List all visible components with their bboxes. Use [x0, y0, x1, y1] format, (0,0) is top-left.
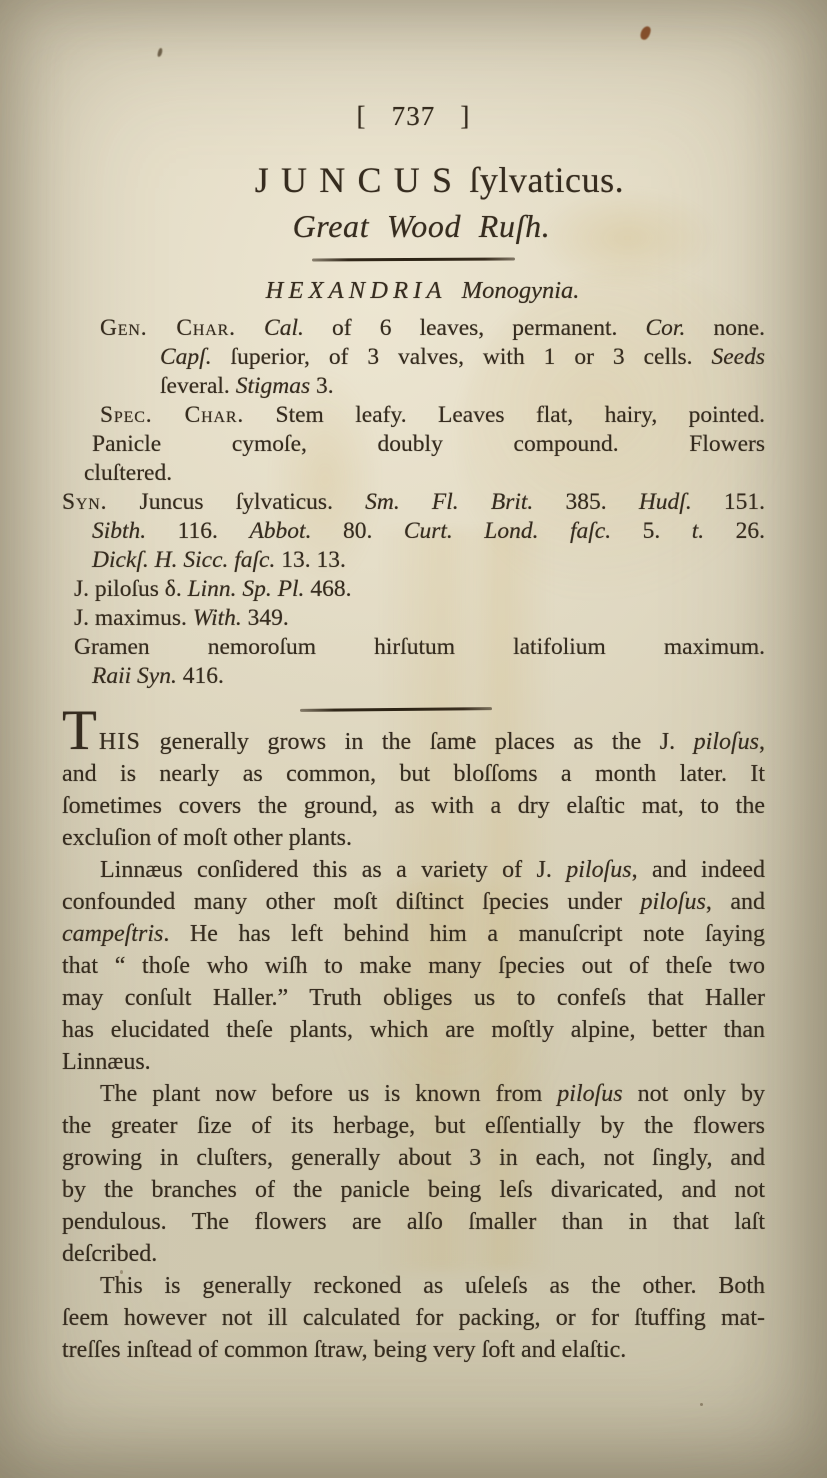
- text-segment: 5.: [611, 518, 692, 544]
- synopsis-entry: Gen. Char. Cal. of 6 leaves, permanent. …: [62, 314, 765, 401]
- folio-bracket: [: [357, 101, 367, 131]
- body-paragraph: Linnæus conſidered this as a variety of …: [62, 854, 765, 1078]
- species-title: JUNCUSſylvaticus.: [88, 159, 791, 201]
- italic-text: Sm. Fl. Brit.: [365, 489, 533, 515]
- italic-text: Hudſ.: [639, 489, 692, 515]
- italic-text: piloſus: [694, 729, 759, 755]
- synopsis-entry: Gramen nemoroſum hirſutum latifolium max…: [62, 633, 765, 691]
- text-segment: that “ thoſe who wiſh to make many ſpeci…: [62, 953, 765, 979]
- italic-text: Linn. Sp. Pl.: [188, 576, 305, 602]
- text-segment: 26.: [704, 518, 765, 544]
- text-segment: cluſtered.: [84, 460, 172, 486]
- body-paragraph: This is generally reckoned as uſeleſs as…: [62, 1270, 765, 1366]
- text-line: excluſion of moſt other plants.: [62, 822, 765, 854]
- text-line: pendulous. The flowers are alſo ſmaller …: [62, 1206, 765, 1238]
- text-segment: 151.: [692, 489, 765, 515]
- text-segment: the greater ſize of its herbage, but eſſ…: [62, 1113, 765, 1139]
- text-line: confounded many other moſt diſtinct ſpec…: [62, 886, 765, 918]
- text-segment: Gramen nemoroſum hirſutum latifolium max…: [74, 634, 765, 660]
- synopsis-entry: J. piloſus δ. Linn. Sp. Pl. 468.: [62, 575, 765, 604]
- text-segment: may conſult Haller.” Truth obliges us to…: [62, 985, 765, 1011]
- text-segment: , and indeed: [632, 857, 765, 883]
- text-segment: 116.: [146, 518, 249, 544]
- text-line: Raii Syn. 416.: [92, 662, 765, 691]
- italic-text: piloſus: [566, 857, 631, 883]
- text-line: Spec. Char. Stem leafy. Leaves flat, hai…: [100, 401, 765, 430]
- text-segment: confounded many other moſt diſtinct ſpec…: [62, 889, 641, 915]
- page-number: [737]: [62, 101, 765, 132]
- text-segment: deſcribed.: [62, 1241, 157, 1267]
- ink-speck: [700, 1403, 703, 1406]
- text-line: Panicle cymoſe, doubly compound. Flowers: [92, 430, 765, 459]
- caps-text: HIS: [99, 729, 141, 755]
- synopsis-block: Gen. Char. Cal. of 6 leaves, permanent. …: [62, 314, 765, 691]
- text-segment: none.: [685, 315, 765, 341]
- text-segment: 13. 13.: [275, 547, 346, 573]
- linnaean-class: HEXANDRIA: [266, 277, 447, 304]
- text-line: by the branches of the panicle being leſ…: [62, 1174, 765, 1206]
- text-line: campeſtris. He has left behind him a man…: [62, 918, 765, 950]
- text-line: Gen. Char. Cal. of 6 leaves, permanent. …: [100, 314, 765, 343]
- italic-text: Curt. Lond. faſc.: [404, 518, 611, 544]
- text-line: ſometimes covers the ground, as with a d…: [62, 790, 765, 822]
- text-segment: [236, 315, 264, 341]
- italic-text: t.: [692, 518, 704, 544]
- initial-capital: T: [62, 699, 97, 762]
- folio-number: 737: [392, 101, 436, 131]
- text-line: Linnæus conſidered this as a variety of …: [62, 854, 765, 886]
- text-block: [737] JUNCUSſylvaticus. Great Wood Ruſh.…: [62, 0, 765, 1366]
- text-segment: ſometimes covers the ground, as with a d…: [62, 793, 765, 819]
- text-segment: This is generally reckoned as uſeleſs as…: [100, 1273, 765, 1299]
- text-line: J. piloſus δ. Linn. Sp. Pl. 468.: [74, 575, 765, 604]
- italic-text: Cal.: [264, 315, 304, 341]
- synopsis-entry: Syn. Juncus ſylvaticus. Sm. Fl. Brit. 38…: [62, 488, 765, 575]
- text-line: The plant now before us is known from pi…: [62, 1078, 765, 1110]
- text-segment: . He has left behind him a manuſcript no…: [163, 921, 765, 947]
- text-segment: not only by: [623, 1081, 765, 1107]
- text-segment: and is nearly as common, but bloſſoms a …: [62, 761, 765, 787]
- text-line: Linnæus.: [62, 1046, 765, 1078]
- text-line: the greater ſize of its herbage, but eſſ…: [62, 1110, 765, 1142]
- text-segment: J. maximus.: [74, 605, 193, 631]
- text-line: growing in cluſters, generally about 3 i…: [62, 1142, 765, 1174]
- small-caps-text: Gen. Char.: [100, 315, 236, 341]
- common-name: Great Wood Ruſh.: [70, 208, 773, 245]
- text-line: may conſult Haller.” Truth obliges us to…: [62, 982, 765, 1014]
- text-line: J. maximus. With. 349.: [74, 604, 765, 633]
- text-line: ſeem however not ill calculated for pack…: [62, 1302, 765, 1334]
- text-segment: growing in cluſters, generally about 3 i…: [62, 1145, 765, 1171]
- text-line: Gramen nemoroſum hirſutum latifolium max…: [74, 633, 765, 662]
- text-segment: Juncus ſylvaticus.: [107, 489, 365, 515]
- text-segment: ſeveral.: [160, 373, 236, 399]
- description-block: THIS generally grows in the ſame places …: [62, 726, 765, 1366]
- text-segment: 80.: [311, 518, 403, 544]
- italic-text: piloſus: [557, 1081, 622, 1107]
- text-segment: Stem leafy. Leaves flat, hairy, pointed.: [244, 402, 765, 428]
- body-paragraph: The plant now before us is known from pi…: [62, 1078, 765, 1270]
- linnaean-order: Monogynia.: [462, 277, 580, 304]
- text-line: Sibth. 116. Abbot. 80. Curt. Lond. faſc.…: [92, 517, 765, 546]
- text-line: cluſtered.: [84, 459, 765, 488]
- text-segment: excluſion of moſt other plants.: [62, 825, 352, 851]
- text-segment: has elucidated theſe plants, which are m…: [62, 1017, 765, 1043]
- text-segment: J. piloſus δ.: [74, 576, 188, 602]
- text-line: treſſes inſtead of common ſtraw, being v…: [62, 1334, 765, 1366]
- text-line: Dickſ. H. Sicc. faſc. 13. 13.: [92, 546, 765, 575]
- text-segment: by the branches of the panicle being leſ…: [62, 1177, 765, 1203]
- text-line: deſcribed.: [62, 1238, 765, 1270]
- small-caps-text: Spec. Char.: [100, 402, 244, 428]
- text-line: Syn. Juncus ſylvaticus. Sm. Fl. Brit. 38…: [62, 488, 765, 517]
- italic-text: Raii Syn.: [92, 663, 177, 689]
- text-segment: 468.: [304, 576, 351, 602]
- italic-text: Cor.: [645, 315, 685, 341]
- classification-line: HEXANDRIAMonogynia.: [71, 277, 774, 305]
- body-paragraph: THIS generally grows in the ſame places …: [62, 726, 765, 854]
- text-segment: Panicle cymoſe, doubly compound. Flowers: [92, 431, 765, 457]
- book-page: [737] JUNCUSſylvaticus. Great Wood Ruſh.…: [0, 0, 827, 1478]
- divider-rule: [300, 707, 492, 712]
- italic-text: piloſus: [641, 889, 706, 915]
- text-segment: ,: [759, 729, 765, 755]
- text-segment: Linnæus conſidered this as a variety of …: [100, 857, 566, 883]
- text-segment: ſeem however not ill calculated for pack…: [62, 1305, 765, 1331]
- italic-text: Abbot.: [249, 518, 311, 544]
- text-segment: of 6 leaves, permanent.: [304, 315, 646, 341]
- genus-name: JUNCUS: [255, 160, 464, 200]
- text-line: has elucidated theſe plants, which are m…: [62, 1014, 765, 1046]
- italic-text: Seeds: [711, 344, 765, 370]
- folio-bracket: ]: [460, 101, 470, 131]
- text-line: THIS generally grows in the ſame places …: [62, 726, 765, 758]
- synopsis-entry: J. maximus. With. 349.: [62, 604, 765, 633]
- italic-text: Sibth.: [92, 518, 146, 544]
- italic-text: Capſ.: [160, 344, 212, 370]
- italic-text: Stigmas: [236, 373, 310, 399]
- text-segment: The plant now before us is known from: [100, 1081, 557, 1107]
- text-segment: generally grows in the ſame places as th…: [141, 729, 694, 755]
- italic-text: Dickſ. H. Sicc. faſc.: [92, 547, 275, 573]
- text-line: ſeveral. Stigmas 3.: [160, 372, 765, 401]
- text-segment: treſſes inſtead of common ſtraw, being v…: [62, 1337, 626, 1363]
- text-segment: 349.: [242, 605, 289, 631]
- italic-text: With.: [193, 605, 242, 631]
- text-segment: ſuperior, of 3 valves, with 1 or 3 cells…: [212, 344, 712, 370]
- text-line: Capſ. ſuperior, of 3 valves, with 1 or 3…: [160, 343, 765, 372]
- text-segment: Linnæus.: [62, 1049, 151, 1075]
- text-line: that “ thoſe who wiſh to make many ſpeci…: [62, 950, 765, 982]
- text-segment: pendulous. The flowers are alſo ſmaller …: [62, 1209, 765, 1235]
- synopsis-entry: Spec. Char. Stem leafy. Leaves flat, hai…: [62, 401, 765, 488]
- text-line: This is generally reckoned as uſeleſs as…: [62, 1270, 765, 1302]
- italic-text: campeſtris: [62, 921, 163, 947]
- text-segment: 3.: [310, 373, 334, 399]
- text-segment: 385.: [533, 489, 639, 515]
- text-line: and is nearly as common, but bloſſoms a …: [62, 758, 765, 790]
- divider-rule: [312, 257, 515, 261]
- small-caps-text: Syn.: [62, 489, 107, 515]
- text-segment: 416.: [177, 663, 224, 689]
- species-epithet: ſylvaticus.: [469, 160, 624, 200]
- text-segment: , and: [706, 889, 765, 915]
